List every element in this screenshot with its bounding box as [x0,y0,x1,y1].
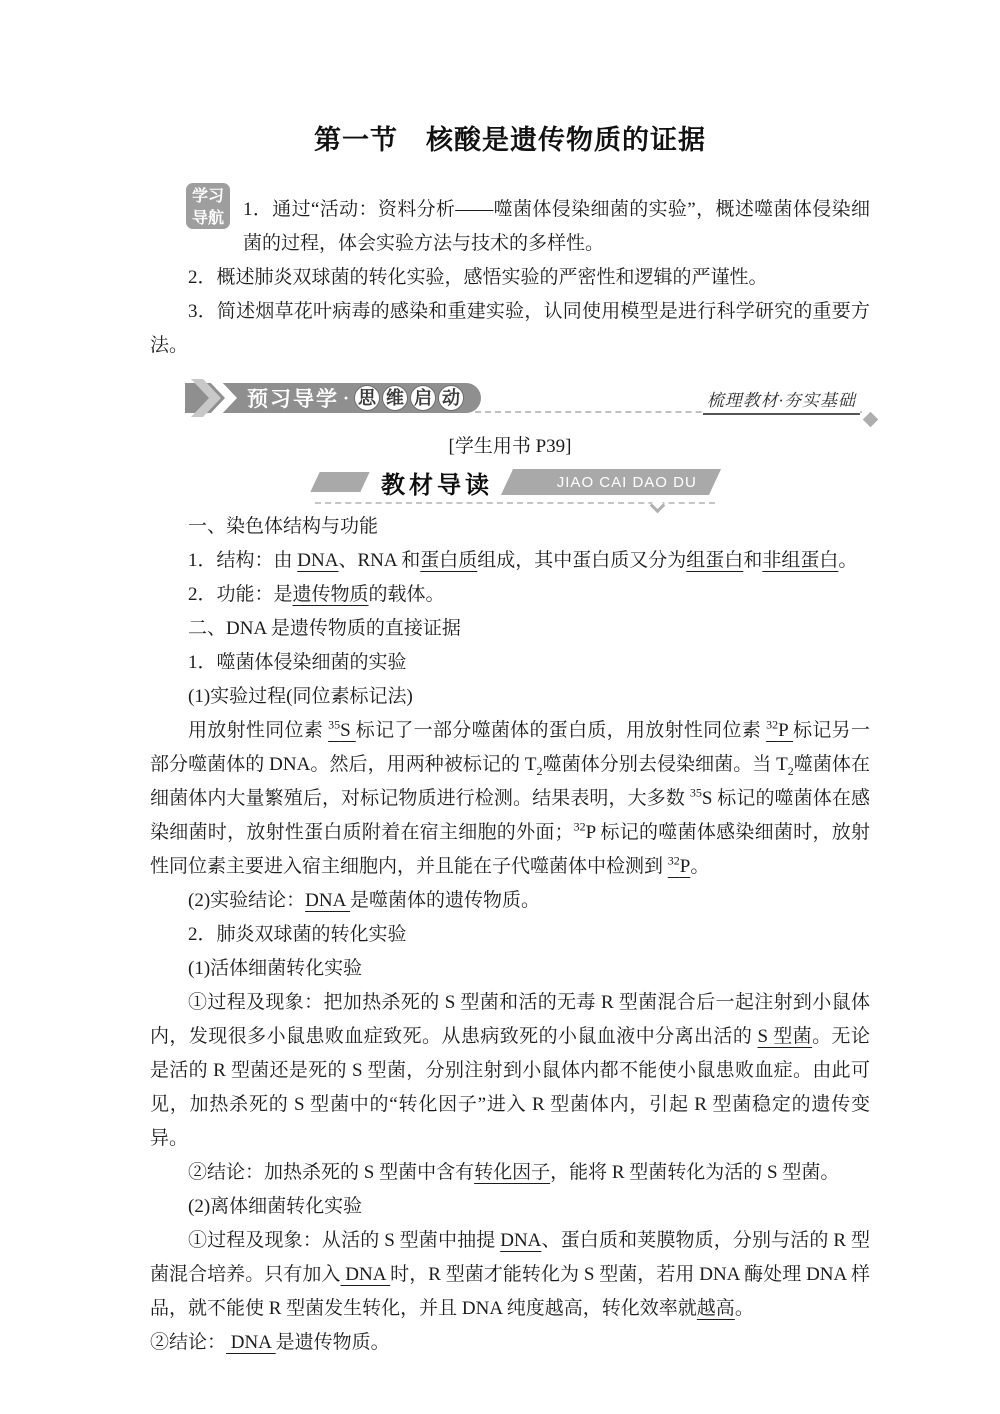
content-paragraph: 2．肺炎双球菌的转化实验 [150,918,870,952]
circle-char-4: 动 [438,385,464,411]
banner-right-caption: 梳理教材·夯实基础 [703,386,860,415]
learning-objectives: 学习 导航 1．通过“活动：资料分析——噬菌体侵染细菌的实验”，概述噬菌体侵染细… [150,183,870,363]
content-paragraph: ②结论： DNA 是遗传物质。 [150,1326,870,1360]
parallelogram-shape-left [310,472,369,492]
content-paragraph: 1．结构：由 DNA、RNA 和蛋白质组成，其中蛋白质又分为组蛋白和非组蛋白。 [150,544,870,578]
study-nav-badge: 学习 导航 [186,183,230,229]
preview-banner-bar: 预习导学 · 思 维 启 动 [185,383,481,413]
diamond-icon [863,412,879,428]
objective-item-1: 1．通过“活动：资料分析——噬菌体侵染细菌的实验”，概述噬菌体侵染细菌的过程，体… [150,183,870,261]
dot-separator: · [343,388,349,409]
parallelogram-shape-right: JIAO CAI DAO DU [501,469,721,495]
circle-char-2: 维 [382,385,408,411]
content-paragraph: 用放射性同位素 35S 标记了一部分噬菌体的蛋白质，用放射性同位素 32P 标记… [150,714,870,884]
worksheet-page: 第一节 核酸是遗传物质的证据 学习 导航 1．通过“活动：资料分析——噬菌体侵染… [150,118,870,1360]
preview-banner: 预习导学 · 思 维 启 动 梳理教材·夯实基础 [150,383,870,423]
content-paragraphs: 一、染色体结构与功能1．结构：由 DNA、RNA 和蛋白质组成，其中蛋白质又分为… [150,510,870,1360]
circle-char-1: 思 [354,385,380,411]
student-book-ref: [学生用书 P39] [150,431,870,458]
content-paragraph: 1．噬菌体侵染细菌的实验 [150,646,870,680]
content-paragraph: ②结论：加热杀死的 S 型菌中含有转化因子，能将 R 型菌转化为活的 S 型菌。 [150,1156,870,1190]
content-paragraph: (2)实验结论：DNA 是噬菌体的遗传物质。 [150,884,870,918]
page-title: 第一节 核酸是遗传物质的证据 [150,118,870,157]
content-paragraph: (1)实验过程(同位素标记法) [150,680,870,714]
section-banner: 教材导读 JIAO CAI DAO DU [315,468,715,496]
double-chevron-icon [189,378,241,418]
content-paragraph: (1)活体细菌转化实验 [150,952,870,986]
content-paragraph: 2．功能：是遗传物质的载体。 [150,578,870,612]
study-nav-badge-line1: 学习 [186,186,230,208]
content-paragraph: 一、染色体结构与功能 [150,510,870,544]
preview-banner-title: 预习导学 [247,383,339,413]
content-paragraph: ①过程及现象：把加热杀死的 S 型菌和活的无毒 R 型菌混合后一起注射到小鼠体内… [150,986,870,1156]
content-paragraph: 二、DNA 是遗传物质的直接证据 [150,612,870,646]
section-banner-title: 教材导读 [381,465,493,500]
circle-char-3: 启 [410,385,436,411]
objective-item-3: 3．简述烟草花叶病毒的感染和重建实验，认同使用模型是进行科学研究的重要方法。 [150,295,870,363]
objective-item-2: 2．概述肺炎双球菌的转化实验，感悟实验的严密性和逻辑的严谨性。 [150,261,870,295]
content-paragraph: (2)离体细菌转化实验 [150,1190,870,1224]
content-paragraph: ①过程及现象：从活的 S 型菌中抽提 DNA、蛋白质和荚膜物质，分别与活的 R … [150,1224,870,1326]
study-nav-badge-line2: 导航 [186,208,230,230]
section-banner-pinyin: JIAO CAI DAO DU [557,474,697,491]
